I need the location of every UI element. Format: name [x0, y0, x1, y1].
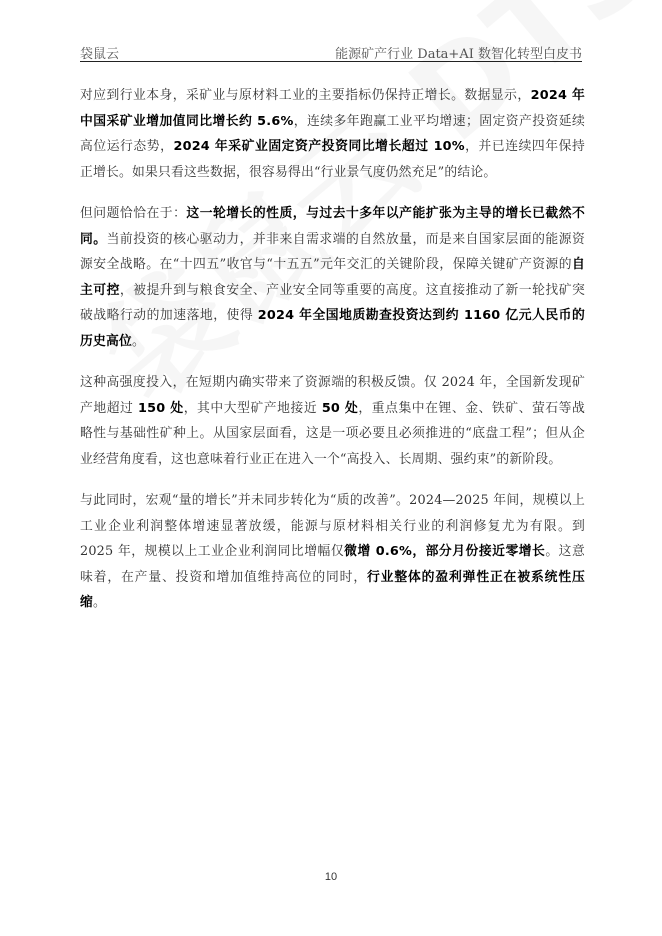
text-segment: 。: [132, 334, 145, 349]
bold-segment: 2024 年采矿业固定资产投资同比增长超过 10%: [173, 139, 464, 154]
text-segment: 对应到行业本身，采矿业与原材料工业的主要指标仍保持正增长。数据显示，: [80, 88, 531, 103]
bold-segment: 50 处: [322, 401, 359, 416]
document-body: 对应到行业本身，采矿业与原材料工业的主要指标仍保持正增长。数据显示，2024 年…: [80, 83, 585, 632]
header-divider: [80, 61, 582, 62]
paragraph-industry-indicators: 对应到行业本身，采矿业与原材料工业的主要指标仍保持正增长。数据显示，2024 年…: [80, 83, 585, 185]
bold-segment: 150 处: [138, 401, 184, 416]
header-document-title: 能源矿产行业 Data+AI 数智化转型白皮书: [335, 43, 582, 62]
bold-segment: 微增 0.6%，部分月份接近零增长: [344, 544, 545, 559]
paragraph-resource-feedback: 这种高强度投入，在短期内确实带来了资源端的积极反馈。仅 2024 年，全国新发现…: [80, 370, 585, 472]
header-company-name: 袋鼠云: [80, 43, 119, 62]
text-segment: 但问题恰恰在于：: [80, 206, 186, 221]
text-segment: 。: [93, 595, 106, 610]
text-segment: ，其中大型矿产地接近: [184, 401, 322, 416]
text-segment: 当前投资的核心驱动力，并非来自需求端的自然放量，而是来自国家层面的能源资源安全战…: [80, 232, 585, 273]
page-number: 10: [0, 871, 662, 883]
paragraph-growth-nature: 但问题恰恰在于：这一轮增长的性质，与过去十多年以产能扩张为主导的增长已截然不同。…: [80, 201, 585, 354]
page-header: 袋鼠云 能源矿产行业 Data+AI 数智化转型白皮书: [80, 40, 582, 62]
paragraph-profit-compression: 与此同时，宏观“量的增长”并未同步转化为“质的改善”。2024—2025 年间，…: [80, 488, 585, 616]
